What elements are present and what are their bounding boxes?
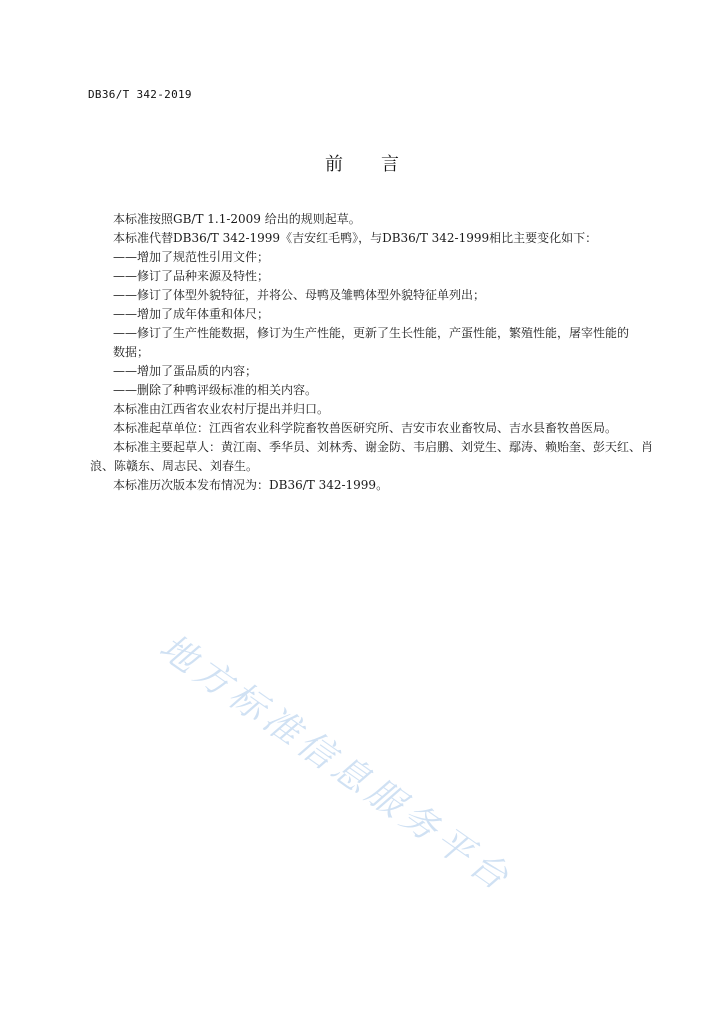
title-char-2: 言 bbox=[381, 154, 399, 175]
paragraph-replaces: 本标准代替DB36/T 342-1999《吉安红毛鸭》，与DB36/T 342-… bbox=[90, 229, 658, 248]
paragraph-drafters: 本标准主要起草人：黄江南、季华员、刘林秀、谢金防、韦启鹏、刘党生、鄢涛、赖贻奎、… bbox=[90, 438, 658, 476]
watermark-text: 地方标准信息服务平台 bbox=[151, 620, 524, 903]
paragraph-drafting-units: 本标准起草单位：江西省农业科学院畜牧兽医研究所、吉安市农业畜牧局、吉水县畜牧兽医… bbox=[90, 419, 658, 438]
document-page: DB36/T 342-2019 前言 本标准按照GB/T 1.1-2009 给出… bbox=[0, 0, 724, 1024]
foreword-body: 本标准按照GB/T 1.1-2009 给出的规则起草。 本标准代替DB36/T … bbox=[90, 210, 658, 495]
change-item: ——修订了体型外貌特征，并将公、母鸭及雏鸭体型外貌特征单列出； bbox=[90, 286, 658, 305]
change-item: ——增加了蛋品质的内容； bbox=[90, 362, 658, 381]
change-item: ——修订了品种来源及特性； bbox=[90, 267, 658, 286]
change-item: ——增加了成年体重和体尺； bbox=[90, 305, 658, 324]
paragraph-drafting-rules: 本标准按照GB/T 1.1-2009 给出的规则起草。 bbox=[90, 210, 658, 229]
standard-code: DB36/T 342-2019 bbox=[88, 88, 192, 101]
change-item: ——删除了种鸭评级标准的相关内容。 bbox=[90, 381, 658, 400]
change-item: ——增加了规范性引用文件； bbox=[90, 248, 658, 267]
page-title: 前言 bbox=[0, 150, 724, 176]
change-item: ——修订了生产性能数据，修订为生产性能，更新了生长性能，产蛋性能，繁殖性能，屠宰… bbox=[90, 324, 658, 343]
change-item-continuation: 数据； bbox=[90, 343, 658, 362]
title-char-1: 前 bbox=[325, 154, 343, 175]
paragraph-version-history: 本标准历次版本发布情况为：DB36/T 342-1999。 bbox=[90, 476, 658, 495]
paragraph-proposer: 本标准由江西省农业农村厅提出并归口。 bbox=[90, 400, 658, 419]
